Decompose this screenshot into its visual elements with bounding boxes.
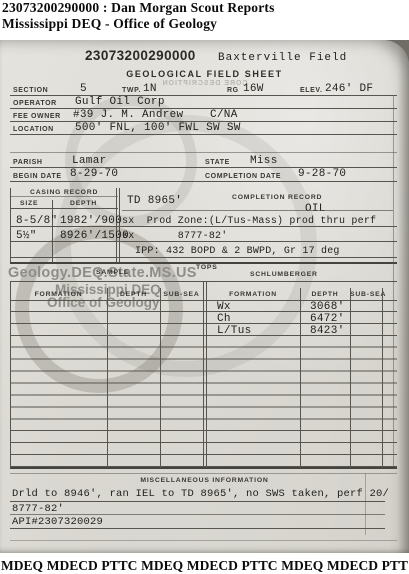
footer-item: MDEQ [281, 558, 323, 574]
tops-depth: 3068' [310, 301, 345, 313]
operator-value: Gulf Oil Corp [75, 96, 165, 108]
casing-row-note: sx Prod Zone:(L/Tus-Mass) prod thru perf [122, 216, 376, 227]
casing-depth-header: DEPTH [70, 200, 97, 207]
form-title: GEOLOGICAL FIELD SHEET [0, 69, 409, 79]
rule [10, 208, 118, 209]
rule [10, 281, 11, 468]
tops-label: TOPS [196, 264, 218, 271]
fee-owner-value2: C/NA [210, 109, 238, 121]
field-name: Baxterville Field [218, 52, 347, 64]
rule [10, 514, 385, 515]
schlumberger-label: SCHLUMBERGER [250, 271, 318, 278]
footer-item: PTTC [242, 558, 278, 574]
footer-item: PTTC [101, 558, 137, 574]
begin-date-value: 8-29-70 [70, 168, 118, 180]
column-header-formation: FORMATION [10, 291, 107, 298]
casing-row-size: 8-5/8" [16, 215, 57, 227]
misc-line: API#2307320029 [12, 516, 103, 528]
sample-label: SAMPLE [96, 269, 129, 276]
rg-value: 16W [243, 83, 264, 95]
misc-line: Drld to 8946', ran IEL to TD 8965', no S… [12, 488, 389, 500]
completion-date-value: 9-28-70 [298, 168, 346, 180]
casing-size-header: SIZE [20, 200, 38, 207]
doc-title: 23073200290000 : Dan Morgan Scout Report… [0, 0, 409, 16]
rule [203, 281, 204, 468]
tops-depth: 6472' [310, 313, 345, 325]
tops-depth: 8423' [310, 325, 345, 337]
footer-item: MDECD [47, 558, 98, 574]
rule [393, 95, 394, 467]
elev-label: ELEV. [300, 87, 323, 94]
fee-owner-value: #39 J. M. Andrew [73, 109, 183, 121]
rule [160, 288, 161, 468]
casing-record-title: CASING RECORD [30, 189, 98, 196]
rule [122, 210, 393, 211]
td-value: TD 8965' [127, 195, 182, 207]
footer-item: MDECD [187, 558, 238, 574]
page: 23073200290000 : Dan Morgan Scout Report… [0, 0, 409, 574]
rg-label: RG [227, 87, 239, 94]
completion-date-label: COMPLETION DATE [205, 173, 281, 180]
location-label: LOCATION [13, 126, 54, 133]
tops-formation: L/Tus [217, 325, 252, 337]
rule [300, 288, 301, 468]
casing-row-depth: 8926'/1500 [60, 230, 129, 242]
misc-title: MISCELLANEOUS INFORMATION [0, 477, 409, 484]
section-label: SECTION [13, 87, 48, 94]
scanned-document: 23073200290000 Baxterville Field GEOLOGI… [0, 40, 409, 553]
paper-edge-shading [398, 40, 409, 553]
rule [52, 200, 53, 262]
tops-formation: Wx [217, 301, 231, 313]
rule [382, 288, 383, 468]
rule [10, 501, 385, 502]
rule [10, 95, 397, 96]
rule [10, 540, 397, 541]
doc-footer: MDEQ MDECD PTTC MDEQ MDECD PTTC MDEQ MDE… [0, 554, 409, 574]
footer-item: MDEQ [1, 558, 43, 574]
rule [10, 134, 397, 135]
rule [206, 281, 207, 468]
casing-row-note: IPP: 432 BOPD & 2 BWPD, Gr 17 deg [135, 246, 340, 257]
begin-date-label: BEGIN DATE [13, 173, 62, 180]
column-header-subsea: SUB-SEA [350, 291, 382, 298]
section-value: 5 [80, 83, 87, 95]
rule [350, 288, 351, 468]
completion-record-title: COMPLETION RECORD [232, 194, 322, 201]
state-label: STATE [205, 159, 230, 166]
tops-formation: Ch [217, 313, 231, 325]
rule [10, 108, 397, 109]
state-value: Miss [250, 155, 278, 167]
rule [10, 257, 397, 258]
location-value: 500' FNL, 100' FWL SW SW [75, 122, 241, 134]
rule [10, 528, 385, 529]
rule [10, 473, 397, 474]
elev-value: 246' DF [325, 83, 373, 95]
rule [10, 181, 397, 182]
parish-label: PARISH [13, 159, 43, 166]
operator-label: OPERATOR [13, 100, 57, 107]
footer-item: PTT [382, 558, 408, 574]
footer-item: MDECD [327, 558, 378, 574]
fee-owner-label: FEE OWNER [13, 113, 61, 120]
doc-subtitle: Mississippi DEQ - Office of Geology [0, 16, 409, 32]
casing-row-depth: 1982'/900 [60, 215, 122, 227]
completion-type: OIL [305, 203, 326, 215]
rule [365, 473, 366, 535]
rule [10, 196, 118, 197]
column-header-subsea: SUB-SEA [160, 291, 203, 298]
footer-item: MDEQ [141, 558, 183, 574]
twp-label: TWP. [122, 87, 141, 94]
rule [107, 288, 108, 468]
field-sheet-paper: 23073200290000 Baxterville Field GEOLOGI… [0, 40, 409, 553]
rule [10, 152, 397, 153]
doc-header: 23073200290000 : Dan Morgan Scout Report… [0, 0, 409, 32]
twp-value: 1N [143, 83, 157, 95]
parish-value: Lamar [72, 155, 107, 167]
well-id-stamp: 23073200290000 [85, 48, 196, 63]
column-header-formation: FORMATION [206, 291, 300, 298]
casing-row-size: 5½" [16, 230, 37, 242]
column-header-depth: DEPTH [107, 291, 160, 298]
casing-row-note: sx 8777-82' [122, 231, 227, 242]
column-header-depth: DEPTH [300, 291, 350, 298]
rule [10, 188, 11, 262]
